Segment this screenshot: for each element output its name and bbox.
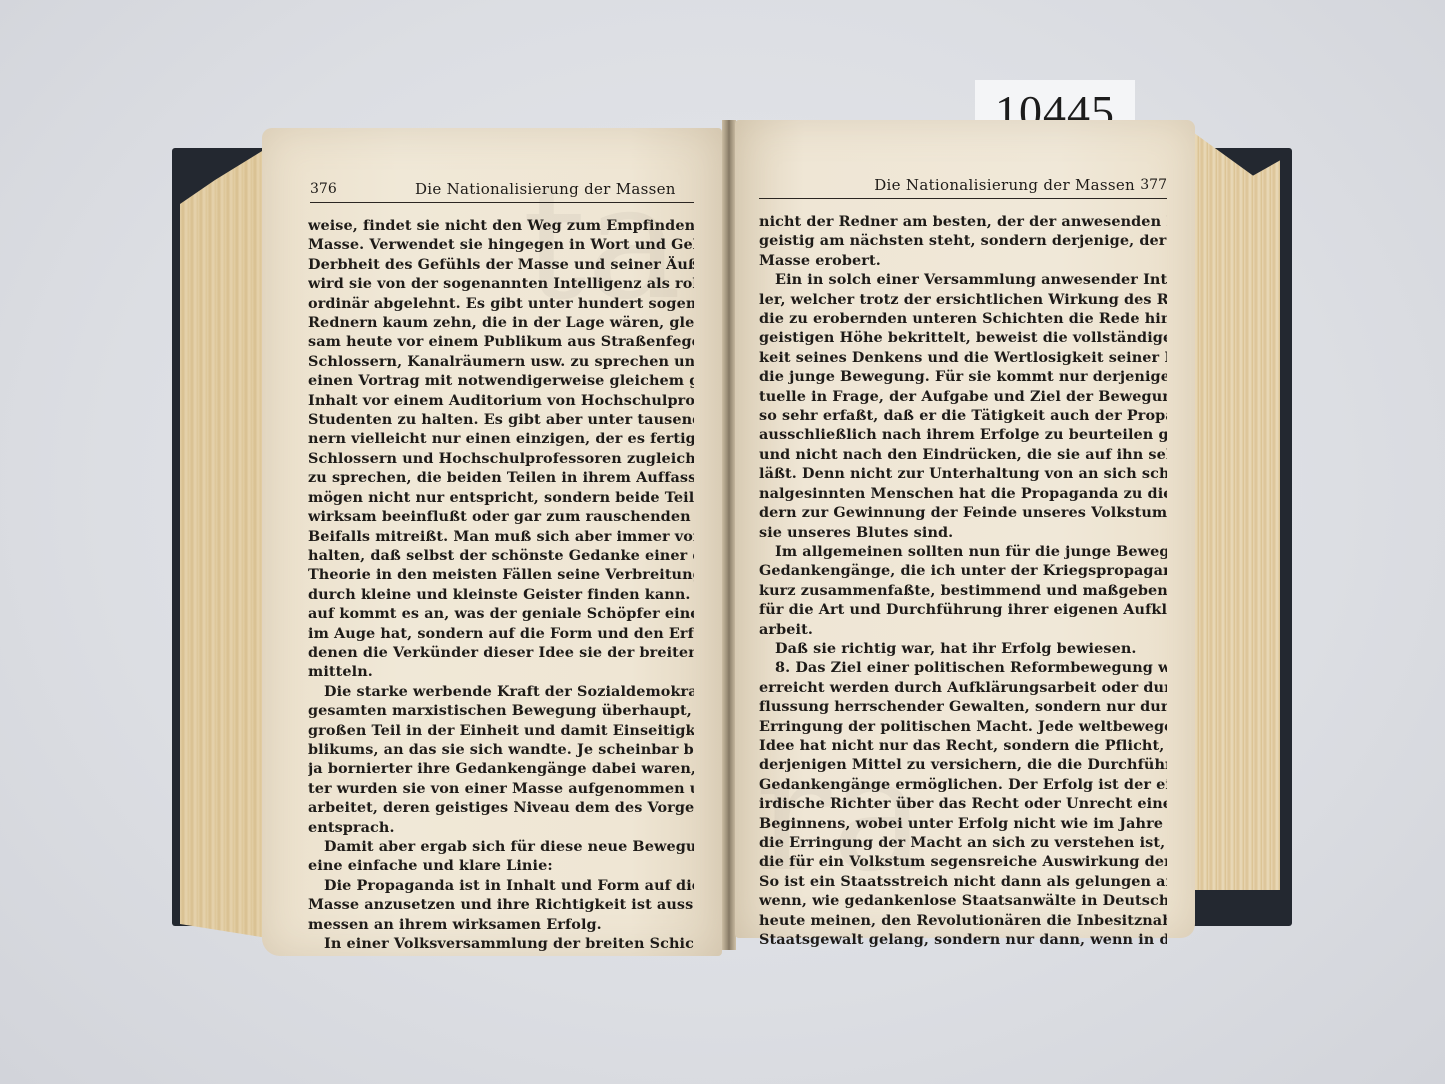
text-line: Inhalt vor einem Auditorium von Hochschu… <box>308 391 694 410</box>
text-line: ter wurden sie von einer Masse aufgenomm… <box>308 779 694 798</box>
text-line: Gedankengänge, die ich unter der Kriegsp… <box>759 561 1167 580</box>
text-line: für die Art und Durchführung ihrer eigen… <box>759 600 1167 619</box>
text-line: Theorie in den meisten Fällen seine Verb… <box>308 565 694 584</box>
text-line: Masse erobert. <box>759 251 1167 270</box>
text-line: tuelle in Frage, der Aufgabe und Ziel de… <box>759 387 1167 406</box>
text-line: nern vielleicht nur einen einzigen, der … <box>308 429 694 448</box>
text-line: kurz zusammenfaßte, bestimmend und maßge… <box>759 581 1167 600</box>
text-line: So ist ein Staatsstreich nicht dann als … <box>759 872 1167 891</box>
text-line: geistigen Höhe bekrittelt, beweist die v… <box>759 328 1167 347</box>
left-page: ta 376 Die Nationalisierung der Massen w… <box>262 128 722 956</box>
text-line: die junge Bewegung. Für sie kommt nur de… <box>759 367 1167 386</box>
text-line: die Erringung der Macht an sich zu verst… <box>759 833 1167 852</box>
text-line: läßt. Denn nicht zur Unterhaltung von an… <box>759 464 1167 483</box>
text-line: sam heute vor einem Publikum aus Straßen… <box>308 332 694 351</box>
book-gutter <box>722 120 736 950</box>
text-line: wenn, wie gedankenlose Staatsanwälte in … <box>759 891 1167 910</box>
text-line: mögen nicht nur entspricht, sondern beid… <box>308 488 694 507</box>
right-page: ra Die Nationalisierung der Massen 377 n… <box>735 120 1195 938</box>
text-line: eine einfache und klare Linie: <box>308 856 694 875</box>
text-line: Die starke werbende Kraft der Sozialdemo… <box>308 682 694 701</box>
text-line: arbeit. <box>759 620 1167 639</box>
text-line: flussung herrschender Gewalten, sondern … <box>759 697 1167 716</box>
text-line: und nicht nach den Eindrücken, die sie a… <box>759 445 1167 464</box>
right-page-body: nicht der Redner am besten, der der anwe… <box>759 212 1167 949</box>
text-line: gesamten marxistischen Bewegung überhaup… <box>308 701 694 720</box>
text-line: Erringung der politischen Macht. Jede we… <box>759 717 1167 736</box>
text-line: Schlossern und Hochschulprofessoren zugl… <box>308 449 694 468</box>
text-line: nicht der Redner am besten, der der anwe… <box>759 212 1167 231</box>
text-line: wirksam beeinflußt oder gar zum rauschen… <box>308 507 694 526</box>
left-page-header: 376 Die Nationalisierung der Massen <box>310 176 694 203</box>
text-line: auf kommt es an, was der geniale Schöpfe… <box>308 604 694 623</box>
text-line: denen die Verkünder dieser Idee sie der … <box>308 643 694 662</box>
page-number: 377 <box>1140 177 1167 193</box>
text-line: Gedankengänge ermöglichen. Der Erfolg is… <box>759 775 1167 794</box>
text-line: Idee hat nicht nur das Recht, sondern di… <box>759 736 1167 755</box>
text-line: halten, daß selbst der schönste Gedanke … <box>308 546 694 565</box>
text-line: ausschließlich nach ihrem Erfolge zu beu… <box>759 425 1167 444</box>
text-line: geistig am nächsten steht, sondern derje… <box>759 231 1167 250</box>
text-line: Derbheit des Gefühls der Masse und seine… <box>308 255 694 274</box>
text-line: erreicht werden durch Aufklärungsarbeit … <box>759 678 1167 697</box>
text-line: In einer Volksversammlung der breiten Sc… <box>308 934 694 953</box>
text-line: so sehr erfaßt, daß er die Tätigkeit auc… <box>759 406 1167 425</box>
text-line: einen Vortrag mit notwendigerweise gleic… <box>308 371 694 390</box>
text-line: irdische Richter über das Recht oder Unr… <box>759 794 1167 813</box>
text-line: derjenigen Mittel zu versichern, die die… <box>759 755 1167 774</box>
text-line: die für ein Volkstum segensreiche Auswir… <box>759 852 1167 871</box>
text-line: wird sie von der sogenannten Intelligenz… <box>308 274 694 293</box>
right-page-block-edge <box>1190 130 1280 890</box>
left-page-body: weise, findet sie nicht den Weg zum Empf… <box>308 216 694 953</box>
text-line: im Auge hat, sondern auf die Form und de… <box>308 624 694 643</box>
text-line: durch kleine und kleinste Geister finden… <box>308 585 694 604</box>
text-line: ler, welcher trotz der ersichtlichen Wir… <box>759 290 1167 309</box>
text-line: Masse anzusetzen und ihre Richtigkeit is… <box>308 895 694 914</box>
text-line: zu sprechen, die beiden Teilen in ihrem … <box>308 468 694 487</box>
text-line: Damit aber ergab sich für diese neue Bew… <box>308 837 694 856</box>
text-line: weise, findet sie nicht den Weg zum Empf… <box>308 216 694 235</box>
text-line: nalgesinnten Menschen hat die Propaganda… <box>759 484 1167 503</box>
text-line: blikums, an das sie sich wandte. Je sche… <box>308 740 694 759</box>
page-number: 376 <box>310 181 337 197</box>
text-line: keit seines Denkens und die Wertlosigkei… <box>759 348 1167 367</box>
text-line: die zu erobernden unteren Schichten die … <box>759 309 1167 328</box>
text-line: heute meinen, den Revolutionären die Inb… <box>759 911 1167 930</box>
text-line: Schlossern, Kanalräumern usw. zu spreche… <box>308 352 694 371</box>
text-line: arbeitet, deren geistiges Niveau dem des… <box>308 798 694 817</box>
text-line: mitteln. <box>308 662 694 681</box>
text-line: großen Teil in der Einheit und damit Ein… <box>308 721 694 740</box>
text-line: Masse. Verwendet sie hingegen in Wort un… <box>308 235 694 254</box>
text-line: Ein in solch einer Versammlung anwesende… <box>759 270 1167 289</box>
text-line: Daß sie richtig war, hat ihr Erfolg bewi… <box>759 639 1167 658</box>
text-line: ja bornierter ihre Gedankengänge dabei w… <box>308 759 694 778</box>
text-line: entsprach. <box>308 818 694 837</box>
text-line: Staatsgewalt gelang, sondern nur dann, w… <box>759 930 1167 949</box>
running-title: Die Nationalisierung der Massen <box>874 176 1135 194</box>
text-line: Die Propaganda ist in Inhalt und Form au… <box>308 876 694 895</box>
text-line: messen an ihrem wirksamen Erfolg. <box>308 915 694 934</box>
text-line: Beginnens, wobei unter Erfolg nicht wie … <box>759 814 1167 833</box>
text-line: Beifalls mitreißt. Man muß sich aber imm… <box>308 527 694 546</box>
text-line: Rednern kaum zehn, die in der Lage wären… <box>308 313 694 332</box>
running-title: Die Nationalisierung der Massen <box>415 180 676 198</box>
text-line: dern zur Gewinnung der Feinde unseres Vo… <box>759 503 1167 522</box>
right-page-header: Die Nationalisierung der Massen 377 <box>759 172 1167 199</box>
text-line: sie unseres Blutes sind. <box>759 523 1167 542</box>
text-line: 8. Das Ziel einer politischen Reformbewe… <box>759 658 1167 677</box>
text-line: ordinär abgelehnt. Es gibt unter hundert… <box>308 294 694 313</box>
text-line: Studenten zu halten. Es gibt aber unter … <box>308 410 694 429</box>
text-line: Im allgemeinen sollten nun für die junge… <box>759 542 1167 561</box>
